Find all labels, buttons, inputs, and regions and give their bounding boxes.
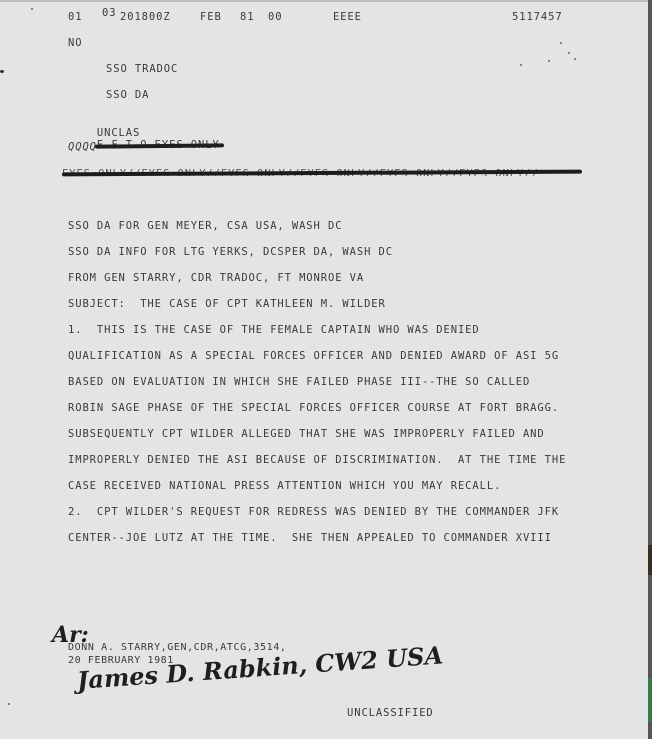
to-line-2: SSO DA [106,89,149,101]
body-line: BASED ON EVALUATION IN WHICH SHE FAILED … [68,376,530,388]
classification-line: UNCLAS E F T O EYES ONLY [68,115,220,163]
scan-speck [574,58,576,60]
subject-line: SUBJECT: THE CASE OF CPT KATHLEEN M. WIL… [68,298,386,310]
struck-classification: E F T O EYES ONLY [97,139,220,151]
scan-speck [8,703,10,705]
header-dtg: 201800Z [120,11,171,23]
body-line: IMPROPERLY DENIED THE ASI BECAUSE OF DIS… [68,454,566,466]
header-month: FEB [200,11,222,23]
header-msg-number: 5117457 [512,11,563,23]
to-line-1: SSO TRADOC [106,63,178,75]
body-line: QUALIFICATION AS A SPECIAL FORCES OFFICE… [68,350,559,362]
body-line: ROBIN SAGE PHASE OF THE SPECIAL FORCES O… [68,402,559,414]
header-code: 00 [268,11,282,23]
scan-edge [648,0,652,739]
scan-edge-mark [648,545,652,575]
header-priority: 03 [102,7,116,19]
address-line: FROM GEN STARRY, CDR TRADOC, FT MONROE V… [68,272,364,284]
scan-speck [0,70,4,73]
originator-line: DONN A. STARRY,GEN,CDR,ATCG,3514, [68,642,286,654]
header-seq: 01 [68,11,82,23]
eyes-only-redaction: EYES ONLY//EYES ONLY//EYES ONLY//EYES ON… [62,168,582,178]
header-precedence: EEEE [333,11,362,23]
body-line: 2. CPT WILDER'S REQUEST FOR REDRESS WAS … [68,506,559,518]
header-year: 81 [240,11,254,23]
classification-prefix: UNCLAS [97,127,140,139]
scan-speck [520,64,522,66]
body-line: CENTER--JOE LUTZ AT THE TIME. SHE THEN A… [68,532,552,544]
footer-classification: UNCLASSIFIED [347,707,434,719]
scan-speck [560,42,562,44]
no-line: NO [68,37,82,49]
body-line: 1. THIS IS THE CASE OF THE FEMALE CAPTAI… [68,324,480,336]
body-line: SUBSEQUENTLY CPT WILDER ALLEGED THAT SHE… [68,428,545,440]
qqqq-line: QQQQ [68,141,97,153]
document-page: 01 03 201800Z FEB 81 00 EEEE 5117457 NO … [0,0,648,739]
body-line: CASE RECEIVED NATIONAL PRESS ATTENTION W… [68,480,501,492]
scan-edge-mark [648,678,652,722]
scan-speck [568,52,570,54]
address-line: SSO DA INFO FOR LTG YERKS, DCSPER DA, WA… [68,246,393,258]
address-line: SSO DA FOR GEN MEYER, CSA USA, WASH DC [68,220,342,232]
scan-speck [548,60,550,62]
scan-speck [31,8,33,10]
